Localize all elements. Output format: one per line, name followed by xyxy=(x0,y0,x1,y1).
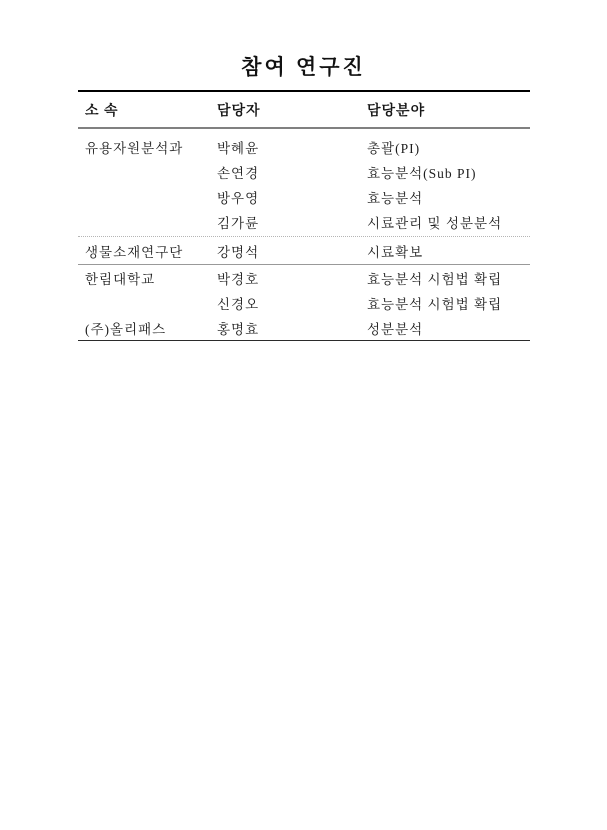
table-row: 손연경 효능분석(Sub PI) xyxy=(78,159,530,184)
cell-field: 효능분석 시험법 확립 xyxy=(360,293,530,313)
table-header-row: 소 속 담당자 담당분야 xyxy=(78,92,530,129)
cell-person: 박경호 xyxy=(210,268,360,288)
cell-field: 총괄(PI) xyxy=(360,137,530,157)
cell-field: 성분분석 xyxy=(360,318,530,338)
cell-person: 방우영 xyxy=(210,187,360,207)
col-header-affiliation: 소 속 xyxy=(78,100,210,120)
table-row: (주)올리패스 홍명효 성분분석 xyxy=(78,315,530,340)
cell-person: 김가륜 xyxy=(210,212,360,232)
table-row: 한림대학교 박경호 효능분석 시험법 확립 xyxy=(78,264,530,290)
table-row: 생물소재연구단 강명석 시료확보 xyxy=(78,236,530,263)
table-row: 유용자원분석과 박혜윤 총괄(PI) xyxy=(78,134,530,159)
cell-affiliation: 유용자원분석과 xyxy=(78,137,210,157)
cell-field: 효능분석 시험법 확립 xyxy=(360,268,530,288)
cell-person: 손연경 xyxy=(210,162,360,182)
table-body: 유용자원분석과 박혜윤 총괄(PI) 손연경 효능분석(Sub PI) 방우영 … xyxy=(78,129,530,341)
col-header-field: 담당분야 xyxy=(360,100,530,120)
col-header-person: 담당자 xyxy=(210,100,360,120)
cell-affiliation: 생물소재연구단 xyxy=(78,241,210,261)
cell-person: 홍명효 xyxy=(210,318,360,338)
researchers-table: 소 속 담당자 담당분야 유용자원분석과 박혜윤 총괄(PI) 손연경 효능분석… xyxy=(78,90,530,341)
cell-affiliation: (주)올리패스 xyxy=(78,318,210,338)
table-row: 김가륜 시료관리 및 성분분석 xyxy=(78,209,530,234)
table-row: 신경오 효능분석 시험법 확립 xyxy=(78,290,530,315)
page-title: 참여 연구진 xyxy=(0,52,607,82)
cell-person: 신경오 xyxy=(210,293,360,313)
cell-person: 강명석 xyxy=(210,241,360,261)
cell-person: 박혜윤 xyxy=(210,137,360,157)
document-page: 참여 연구진 소 속 담당자 담당분야 유용자원분석과 박혜윤 총괄(PI) 손… xyxy=(0,0,607,830)
cell-field: 시료관리 및 성분분석 xyxy=(360,212,530,232)
cell-field: 시료확보 xyxy=(360,241,530,261)
table-row: 방우영 효능분석 xyxy=(78,184,530,209)
cell-affiliation: 한림대학교 xyxy=(78,268,210,288)
cell-field: 효능분석 xyxy=(360,187,530,207)
cell-field: 효능분석(Sub PI) xyxy=(360,162,530,182)
